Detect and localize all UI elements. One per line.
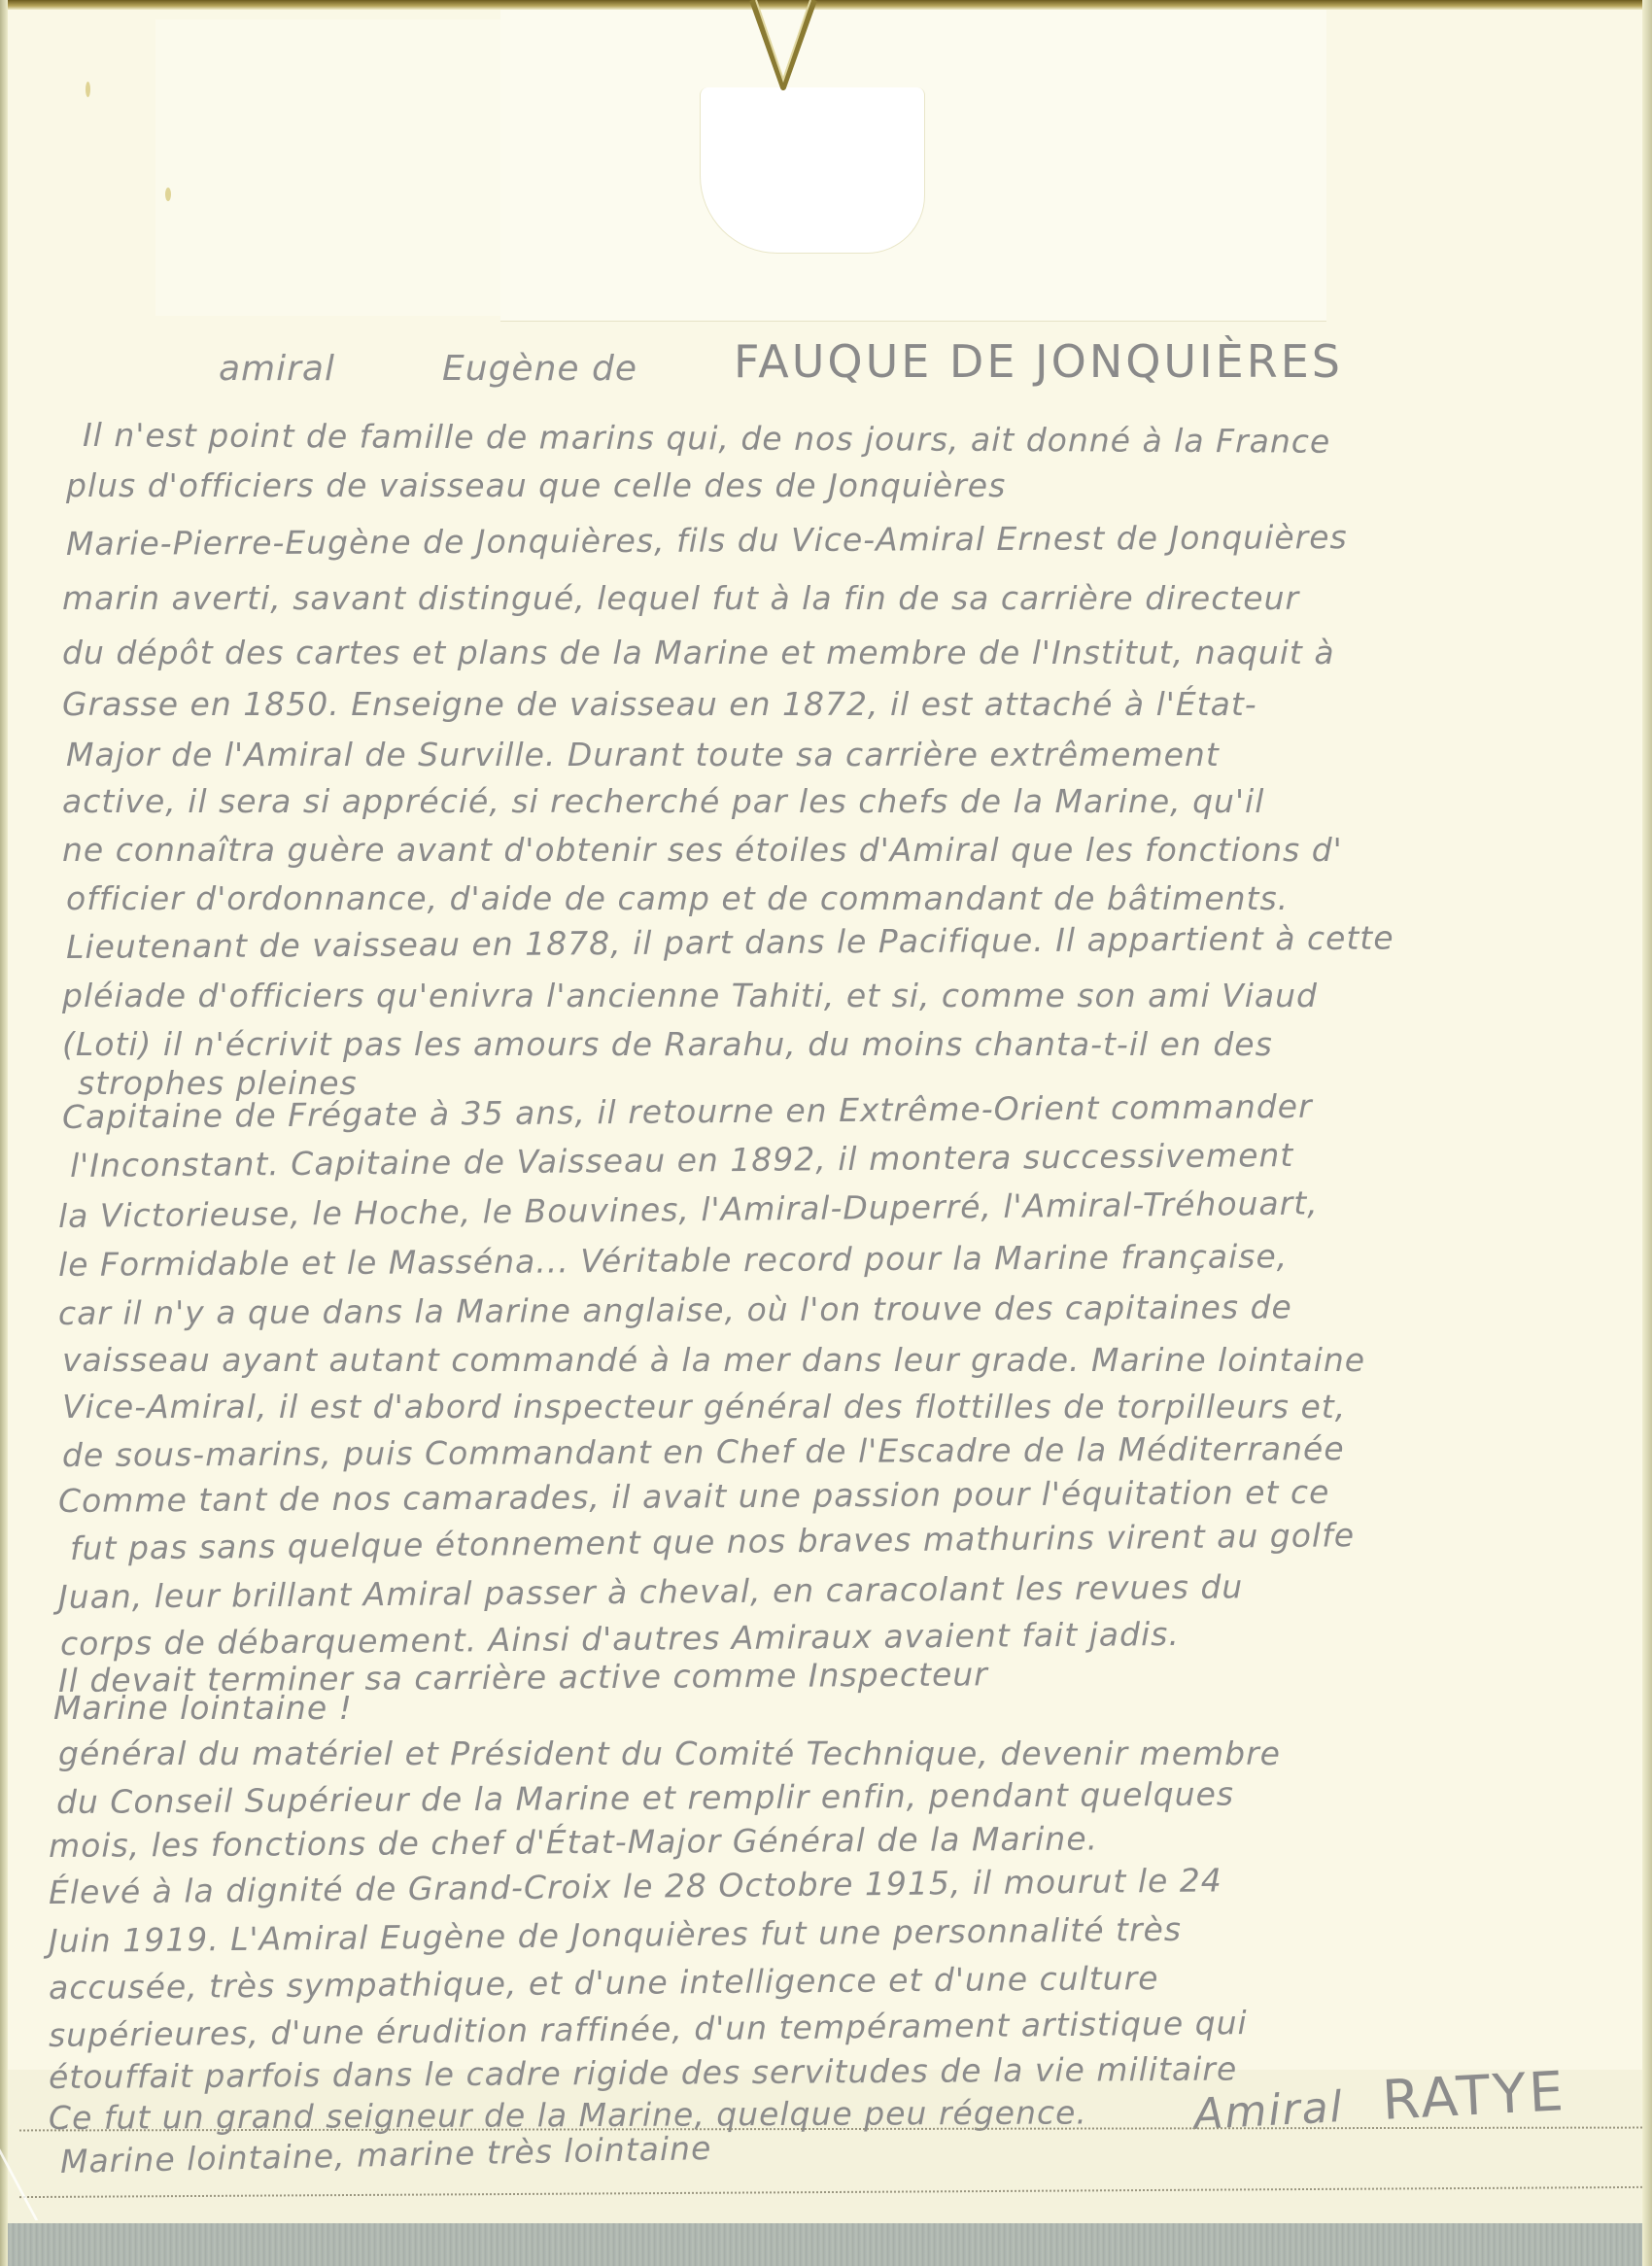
paper-stain: [86, 82, 90, 97]
title-given-name: Eugène de: [442, 349, 637, 389]
document-title: amiral Eugène de FAUQUE DE JONQUIÈRES: [219, 335, 1482, 403]
text-line: marin averti, savant distingué, lequel f…: [62, 579, 1641, 617]
frame-bottom-backing: [8, 2223, 1642, 2266]
text-line: Grasse en 1850. Enseigne de vaisseau en …: [62, 685, 1641, 723]
signature-rank: Amiral: [1192, 2082, 1345, 2140]
torn-paper-patch: [700, 87, 925, 254]
text-line: ne connaîtra guère avant d'obtenir ses é…: [62, 831, 1641, 869]
signature-name: RATYE: [1381, 2060, 1568, 2133]
text-line: Major de l'Amiral de Surville. Durant to…: [66, 736, 1645, 773]
frame-top-edge: [0, 0, 1652, 10]
title-surname: FAUQUE DE JONQUIÈRES: [734, 335, 1343, 388]
text-line: Marine lointaine !: [53, 1689, 1633, 1727]
frame-left-edge: [0, 0, 8, 2266]
text-line: Vice-Amiral, il est d'abord inspecteur g…: [62, 1388, 1641, 1425]
text-line: (Loti) il n'écrivit pas les amours de Ra…: [62, 1025, 1641, 1063]
text-line: plus d'officiers de vaisseau que celle d…: [66, 466, 1645, 504]
text-line: active, il sera si apprécié, si recherch…: [62, 782, 1641, 820]
paper-stain: [165, 188, 171, 201]
text-line: pléiade d'officiers qu'enivra l'ancienne…: [62, 977, 1641, 1014]
text-line: vaisseau ayant autant commandé à la mer …: [62, 1341, 1641, 1379]
wire-hanger-icon: [746, 0, 820, 93]
text-line: du dépôt des cartes et plans de la Marin…: [62, 634, 1641, 671]
text-line: officier d'ordonnance, d'aide de camp et…: [66, 879, 1645, 917]
text-line: général du matériel et Président du Comi…: [58, 1734, 1637, 1772]
title-rank: amiral: [219, 349, 335, 389]
divider-line: [19, 2186, 1642, 2198]
